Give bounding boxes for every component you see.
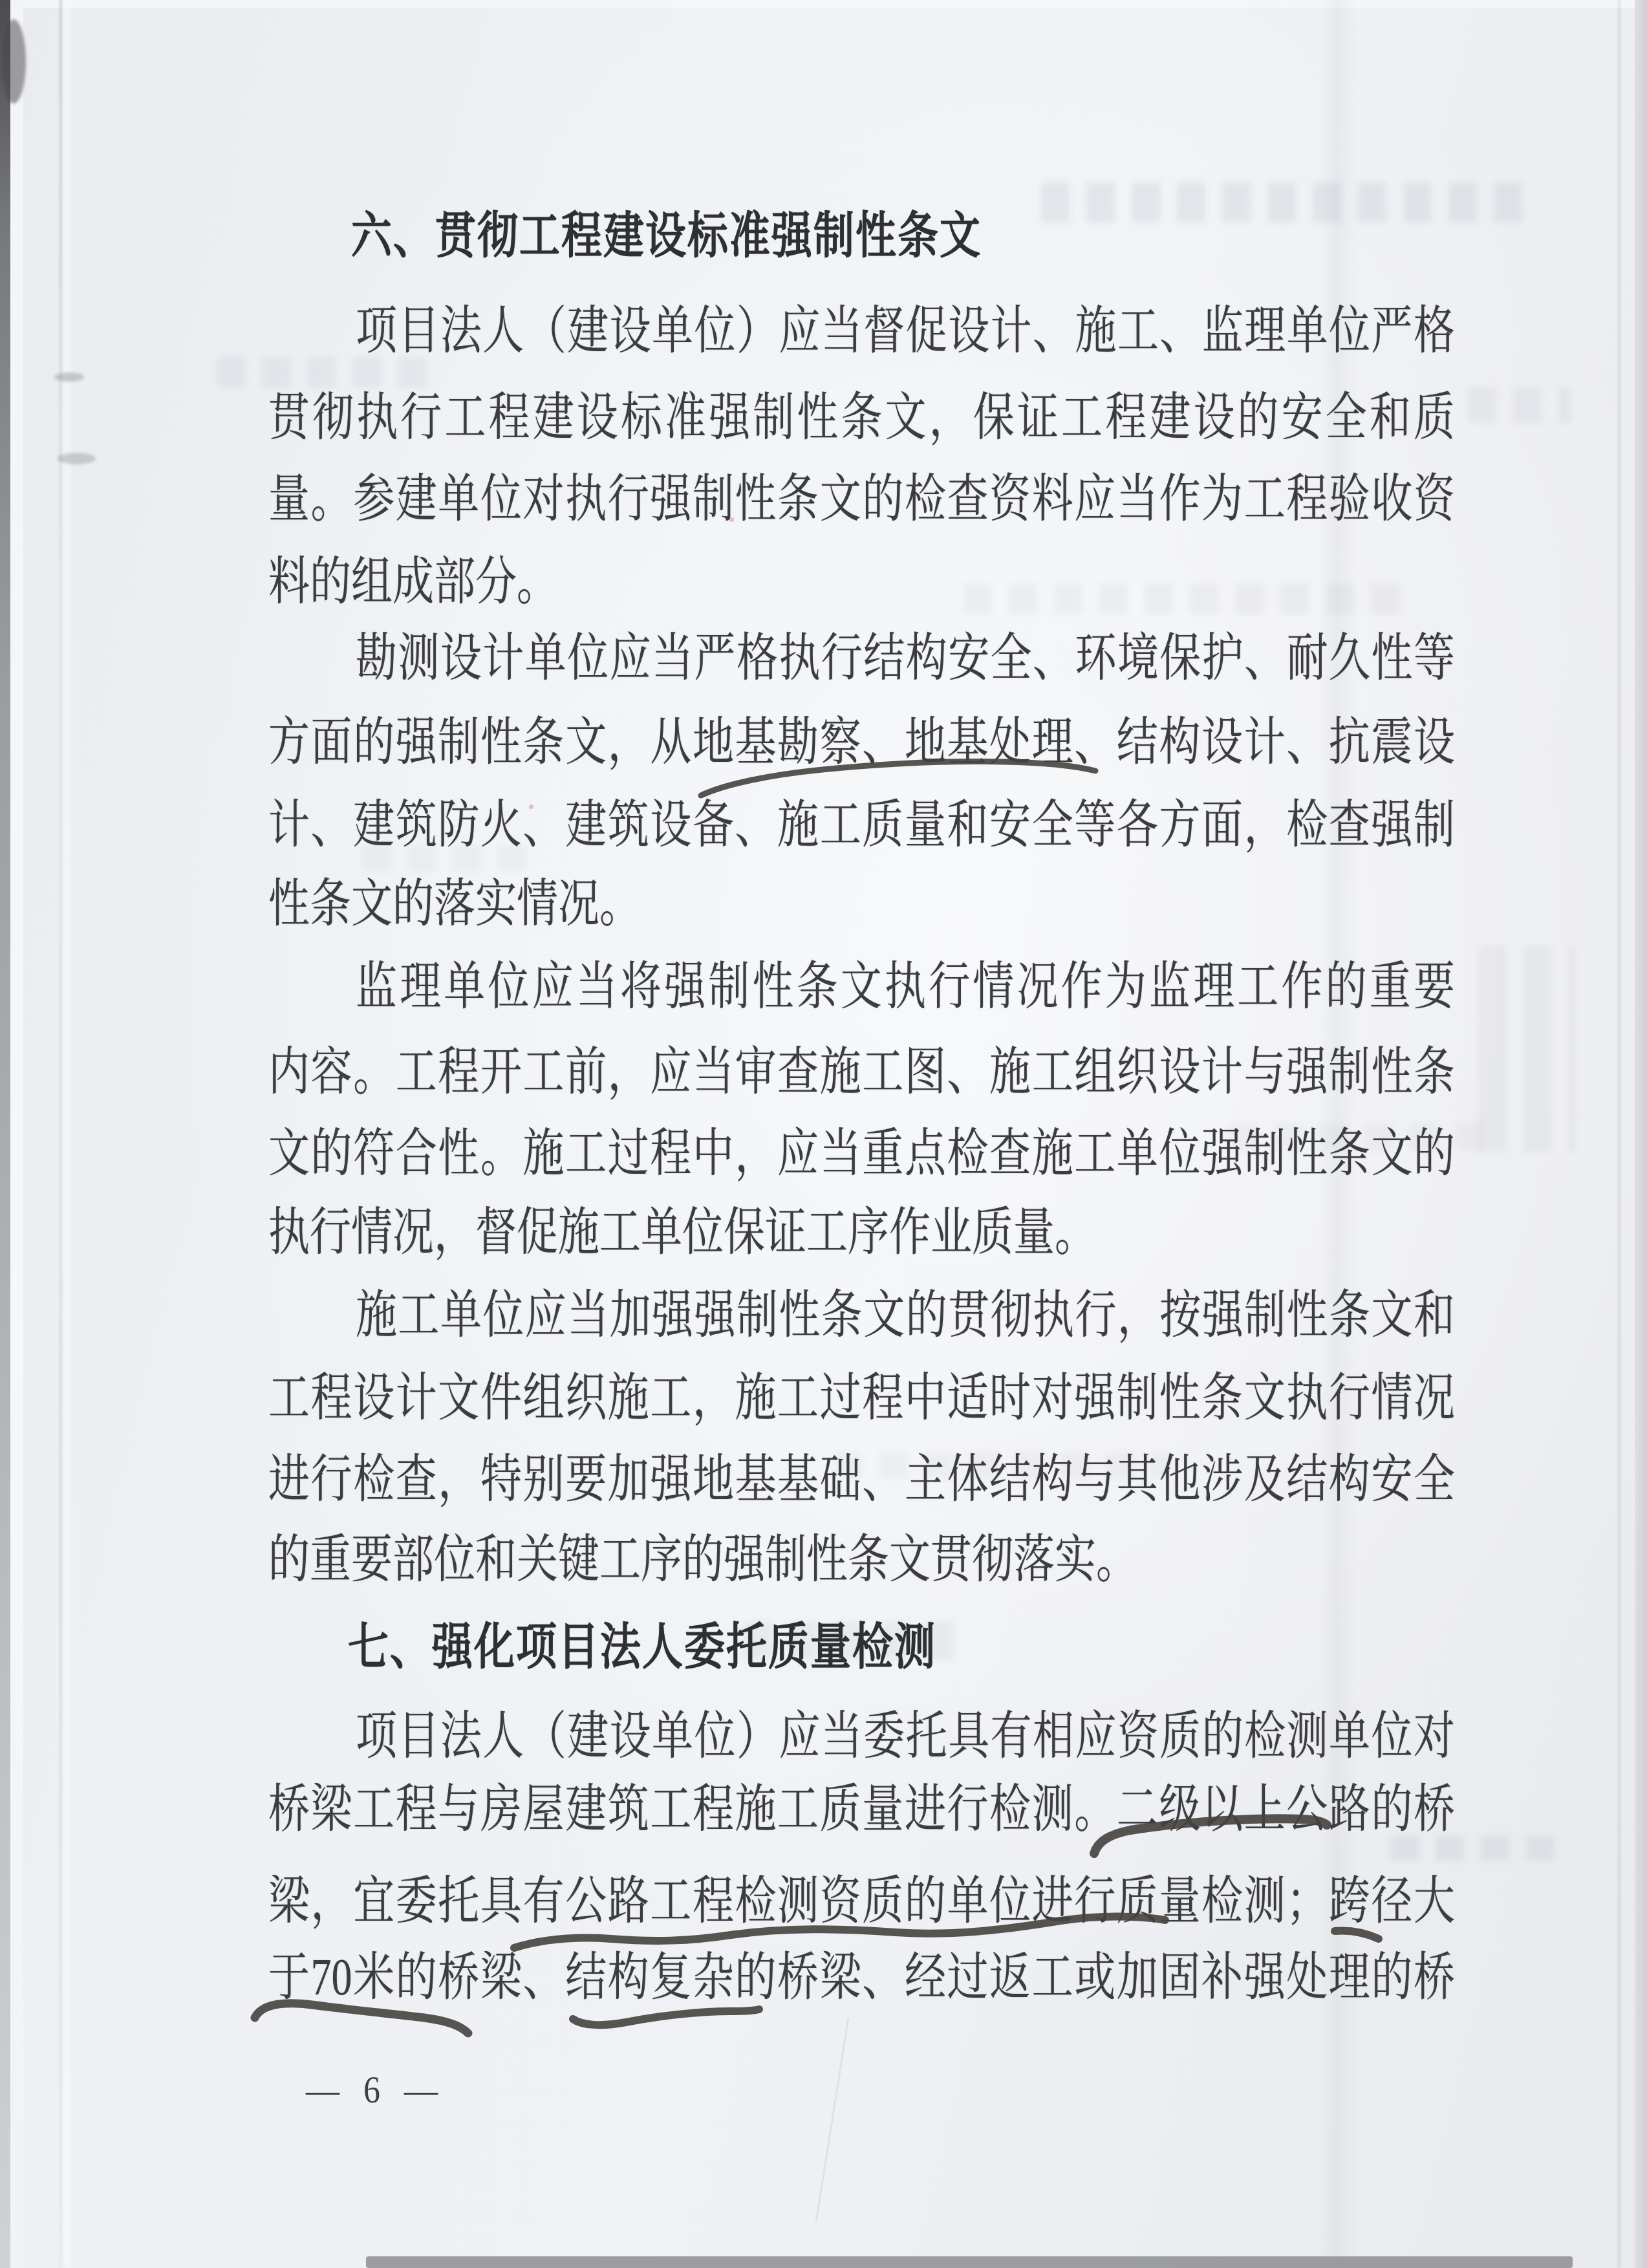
body-line: 的重要部位和关键工序的强制性条文贯彻落实。 [268,1528,1137,1592]
body-line: 性条文的落实情况。 [268,872,641,936]
body-line: 内容。工程开工前，应当审查施工图、施工组织设计与强制性条 [268,1040,1455,1105]
body-line: 贯彻执行工程建设标准强制性条文，保证工程建设的安全和质 [268,385,1455,450]
body-line: 勘测设计单位应当严格执行结构安全、环境保护、耐久性等 [356,626,1455,691]
body-line: 执行情况，督促施工单位保证工序作业质量。 [268,1200,1096,1265]
body-line: 梁，宜委托具有公路工程检测资质的单位进行质量检测；跨径大 [268,1869,1455,1934]
body-line: 进行检查，特别要加强地基基础、主体结构与其他涉及结构安全 [268,1447,1455,1512]
scan-left-edge-band [0,0,10,2268]
bleed-through-text [1041,182,1533,222]
scan-smudge [57,453,96,464]
body-line: 项目法人（建设单位）应当督促设计、施工、监理单位严格 [356,299,1455,363]
body-line: 桥梁工程与房屋建筑工程施工质量进行检测。二级以上公路的桥 [268,1777,1455,1842]
scan-top-edge [0,0,1647,8]
body-line: 计、建筑防火、建筑设备、施工质量和安全等各方面，检查强制 [268,793,1455,858]
body-line: 项目法人（建设单位）应当委托具有相应资质的检测单位对 [356,1704,1455,1769]
body-line: 料的组成部分。 [268,550,558,614]
scan-right-edge-band [1635,0,1647,2268]
body-line: 施工单位应当加强强制性条文的贯彻执行，按强制性条文和 [356,1283,1455,1348]
paper-crease-left [59,0,62,2268]
paper-crease-left-highlight [63,0,70,2268]
underline-jiegoufuza [573,2009,759,2025]
scanned-document-page: 六、贯彻工程建设标准强制性条文 项目法人（建设单位）应当督促设计、施工、监理单位… [0,0,1647,2268]
paper-crease-right [1618,0,1620,2268]
bleed-through-text [963,583,1416,614]
scan-left-paper-sliver [10,0,23,2268]
scan-scratch-line [816,2018,848,2222]
bleed-through-text [1468,387,1571,423]
body-line: 文的符合性。施工过程中，应当重点检查施工单位强制性条文的 [268,1121,1455,1186]
scan-smudge [54,373,84,382]
bleed-through-text [1478,945,1575,1152]
body-line: 量。参建单位对执行强制性条文的检查资料应当作为工程验收资 [268,467,1455,532]
body-line: 于70米的桥梁、结构复杂的桥梁、经过返工或加固补强处理的桥 [268,1945,1455,2010]
section-7-heading: 七、强化项目法人委托质量检测 [348,1617,936,1679]
scan-corner-smudge [1,19,26,103]
body-line: 工程设计文件组织施工，施工过程中适时对强制性条文执行情况 [268,1366,1455,1431]
page-number: — 6 — [306,2068,446,2112]
body-line: 方面的强制性条文，从地基勘察、地基处理、结构设计、抗震设 [268,710,1455,775]
scan-bottom-edge-band [366,2256,1573,2268]
body-line: 监理单位应当将强制性条文执行情况作为监理工作的重要 [356,955,1455,1019]
section-6-heading: 六、贯彻工程建设标准强制性条文 [351,206,982,268]
